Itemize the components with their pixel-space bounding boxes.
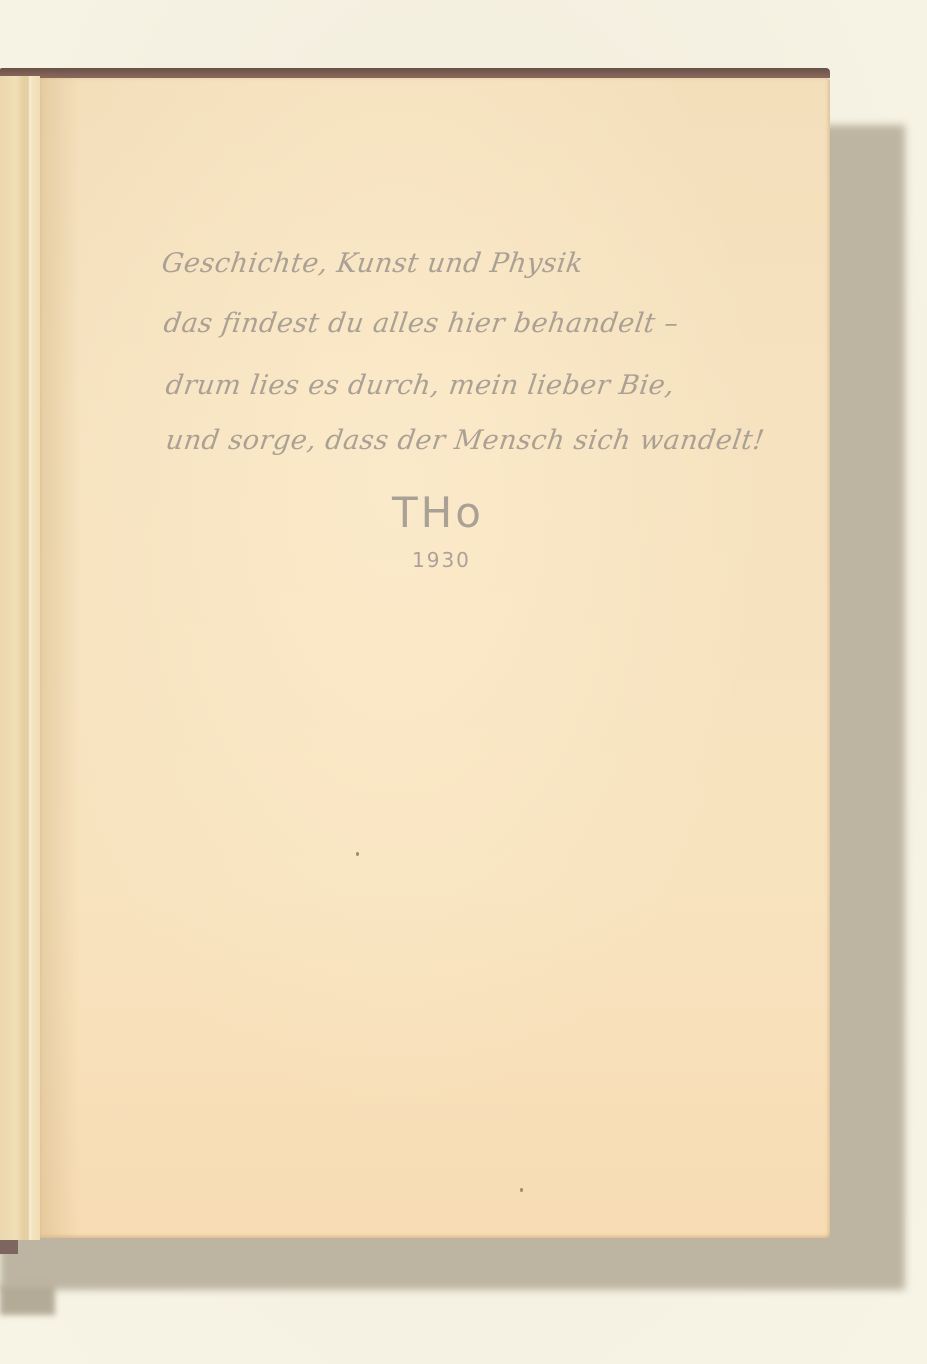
inscription-line: das findest du alles hier behandelt – — [162, 308, 681, 339]
signature: THo — [392, 488, 484, 537]
inscription-line: Geschichte, Kunst und Physik — [160, 248, 585, 279]
book-cover-bottom-edge — [0, 1238, 18, 1254]
inscription-line: drum lies es durch, mein lieber Bie, — [164, 370, 677, 401]
book-shadow-notch — [0, 1285, 55, 1315]
left-page-strip — [0, 76, 40, 1240]
page-fold-shade — [40, 78, 80, 1238]
book-cover-top-edge — [0, 68, 830, 78]
inscription-line: und sorge, dass der Mensch sich wandelt! — [164, 425, 767, 456]
book-gutter — [26, 76, 32, 1240]
inscription-year: 1930 — [412, 548, 471, 572]
paper-speck — [520, 1188, 523, 1192]
paper-speck — [356, 852, 359, 856]
